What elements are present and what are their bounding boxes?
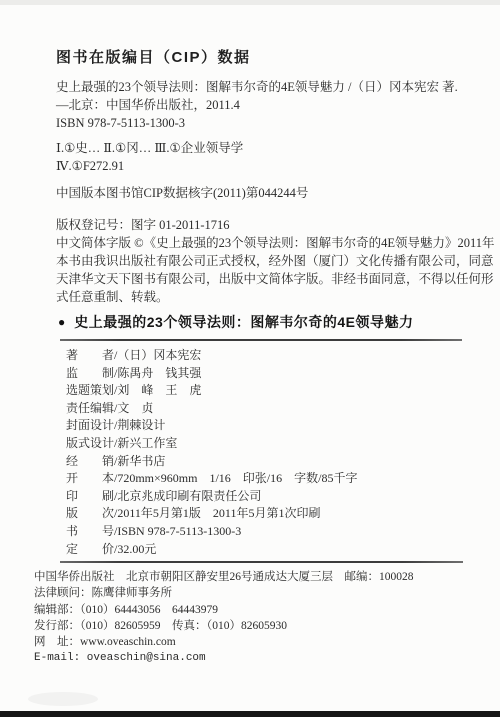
cip-block: 图书在版编目（CIP）数据 史上最强的23个领导法则：图解韦尔奇的4E领导魅力 …	[56, 46, 458, 132]
classification-line: Ⅳ.①F272.91	[56, 157, 243, 175]
credit-line-printing: 印 刷/北京兆成印刷有限责任公司	[66, 488, 357, 506]
publisher-contact-block: 中国华侨出版社 北京市朝阳区静安里26号通成达大厦三层 邮编：100028 法律…	[34, 569, 414, 667]
divider	[60, 561, 463, 563]
cip-line: ISBN 978-7-5113-1300-3	[56, 114, 458, 132]
license-line: 天津华文天下图书有限公司，出版中文简体字版。非经书面同意，不得以任何形	[56, 270, 495, 288]
publisher-address-line: 中国华侨出版社 北京市朝阳区静安里26号通成达大厦三层 邮编：100028	[34, 569, 414, 585]
credit-line-isbn: 书 号/ISBN 978-7-5113-1300-3	[66, 523, 357, 541]
publisher-email-line: E-mail: oveaschin@sina.com	[34, 650, 414, 666]
publisher-website-line: 网 址：www.oveaschin.com	[34, 634, 414, 650]
credit-line-format: 开 本/720mm×960mm 1/16 印张/16 字数/85千字	[66, 470, 357, 488]
credit-line-editor: 责任编辑/文 贞	[66, 400, 357, 418]
credit-line-layout-design: 版式设计/新兴工作室	[66, 435, 357, 453]
cip-heading: 图书在版编目（CIP）数据	[56, 46, 458, 67]
cip-record-line: 中国版本图书馆CIP数据核字(2011)第044244号	[56, 184, 308, 202]
cip-record-block: 中国版本图书馆CIP数据核字(2011)第044244号	[56, 184, 308, 202]
divider	[60, 339, 462, 341]
scan-smudge	[28, 692, 98, 706]
scanned-copyright-page: 图书在版编目（CIP）数据 史上最强的23个领导法则：图解韦尔奇的4E领导魅力 …	[0, 0, 500, 717]
credit-line-edition: 版 次/2011年5月第1版 2011年5月第1次印刷	[66, 505, 357, 523]
book-title-bar: ● 史上最强的23个领导法则：图解韦尔奇的4E领导魅力	[58, 312, 413, 332]
license-line: 本书由我识出版社有限公司正式授权，经外图（厦门）文化传播有限公司，同意	[56, 252, 495, 270]
classification-line: Ⅰ.①史… Ⅱ.①冈… Ⅲ.①企业领导学	[56, 139, 243, 157]
credits-block: 著 者/（日）冈本宪宏 监 制/陈禺舟 钱其强 选题策划/刘 峰 王 虎 责任编…	[66, 347, 357, 558]
credit-line-planning: 选题策划/刘 峰 王 虎	[66, 382, 357, 400]
scan-bottom-edge	[0, 711, 500, 717]
license-block: 版权登记号：图字 01-2011-1716 中文简体字版 ©《史上最强的23个领…	[56, 216, 495, 306]
credit-line-author: 著 者/（日）冈本宪宏	[66, 347, 357, 365]
publisher-editorial-phone-line: 编辑部：（010）64443056 64443979	[34, 602, 414, 618]
cip-line: 史上最强的23个领导法则：图解韦尔奇的4E领导魅力 /（日）冈本宪宏 著.	[56, 78, 458, 96]
book-title: 史上最强的23个领导法则：图解韦尔奇的4E领导魅力	[74, 312, 413, 332]
publisher-distribution-phone-line: 发行部：（010）82605959 传真：（010）82605930	[34, 618, 414, 634]
scan-top-edge	[0, 0, 500, 5]
bullet-icon: ●	[58, 313, 65, 331]
credit-line-cover-design: 封面设计/荆棘设计	[66, 417, 357, 435]
cip-line: —北京：中国华侨出版社，2011.4	[56, 96, 458, 114]
credit-line-price: 定 价/32.00元	[66, 541, 357, 559]
publisher-legal-line: 法律顾问：陈鹰律师事务所	[34, 585, 414, 601]
cip-classification-block: Ⅰ.①史… Ⅱ.①冈… Ⅲ.①企业领导学 Ⅳ.①F272.91	[56, 139, 243, 175]
license-line: 中文简体字版 ©《史上最强的23个领导法则：图解韦尔奇的4E领导魅力》2011年	[56, 234, 495, 252]
license-line: 式任意重制、转载。	[56, 288, 495, 306]
credit-line-distribution: 经 销/新华书店	[66, 453, 357, 471]
credit-line-producer: 监 制/陈禺舟 钱其强	[66, 365, 357, 383]
license-line: 版权登记号：图字 01-2011-1716	[56, 216, 495, 234]
